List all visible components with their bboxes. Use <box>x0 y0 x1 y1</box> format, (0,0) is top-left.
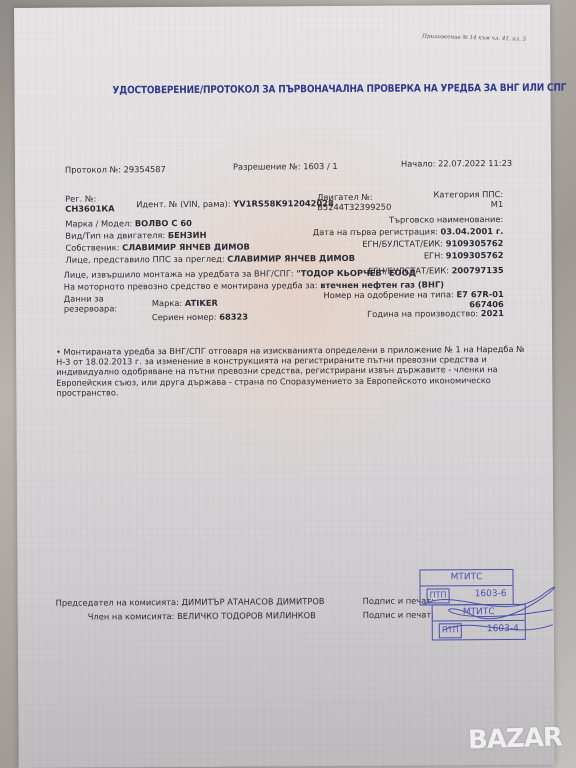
protocol-field: Протокол №: 29354587 <box>65 165 166 175</box>
reg-no-value: СН3601КА <box>65 204 114 214</box>
vin-field: Идент. № (VIN, рама): YV1RS58K912042028 <box>136 199 334 210</box>
engine-type-field: Вид/Тип на двигателя: БЕНЗИН <box>65 231 206 241</box>
chairman-field: Председател на комисията: ДИМИТЪР АТАНАС… <box>56 597 325 608</box>
category-value: M1 <box>491 200 503 210</box>
permit-field: Разрешение №: 1603 / 1 <box>233 162 338 172</box>
tank-make-field: Марка: ATIKER <box>152 299 218 309</box>
presenter-id-field: ЕГН: 9109305762 <box>424 251 504 261</box>
certificate-paper: Приложение № 14 към чл. 41, ал. 5 УДОСТО… <box>14 5 555 768</box>
start-field: Начало: 22.07.2022 11:23 <box>401 159 512 169</box>
owner-field: Собственик: СЛАВИМИР ЯНЧЕВ ДИМОВ <box>65 243 249 254</box>
production-year-field: Година на производство: 2021 <box>367 309 504 319</box>
installer-id-field: ЕГН/БУЛСТАТ/ЕИК: 200797135 <box>368 266 504 276</box>
document-title: УДОСТОВЕРЕНИЕ/ПРОТОКОЛ ЗА ПЪРВОНАЧАЛНА П… <box>112 83 566 97</box>
trade-name-field: Търговско наименование: <box>389 215 503 225</box>
make-model-field: Марка / Модел: ВОЛВО С 60 <box>65 219 192 229</box>
tank-data-label: Данни за резервоара: <box>64 294 124 313</box>
owner-id-field: ЕГН/БУЛСТАТ/ЕИК: 9109305762 <box>362 239 503 249</box>
signature-scribble <box>412 575 562 646</box>
engine-no-value: B5244T32399250 <box>317 203 391 213</box>
presenter-field: Лице, представило ППС за преглед: СЛАВИМ… <box>66 254 356 265</box>
member-field: Член на комисията: ВЕЛИЧКО ТОДОРОВ МИЛИН… <box>88 611 316 622</box>
watermark-bottom: BAZAR <box>468 722 563 755</box>
first-registration-field: Дата на първа регистрация: 03.04.2001 г. <box>313 227 504 238</box>
annex-note: Приложение № 14 към чл. 41, ал. 5 <box>422 34 526 43</box>
serial-no-field: Сериен номер: 68323 <box>152 313 248 323</box>
legal-note: • Монтираната уредба за ВНГ/СПГ отговаря… <box>56 344 531 398</box>
